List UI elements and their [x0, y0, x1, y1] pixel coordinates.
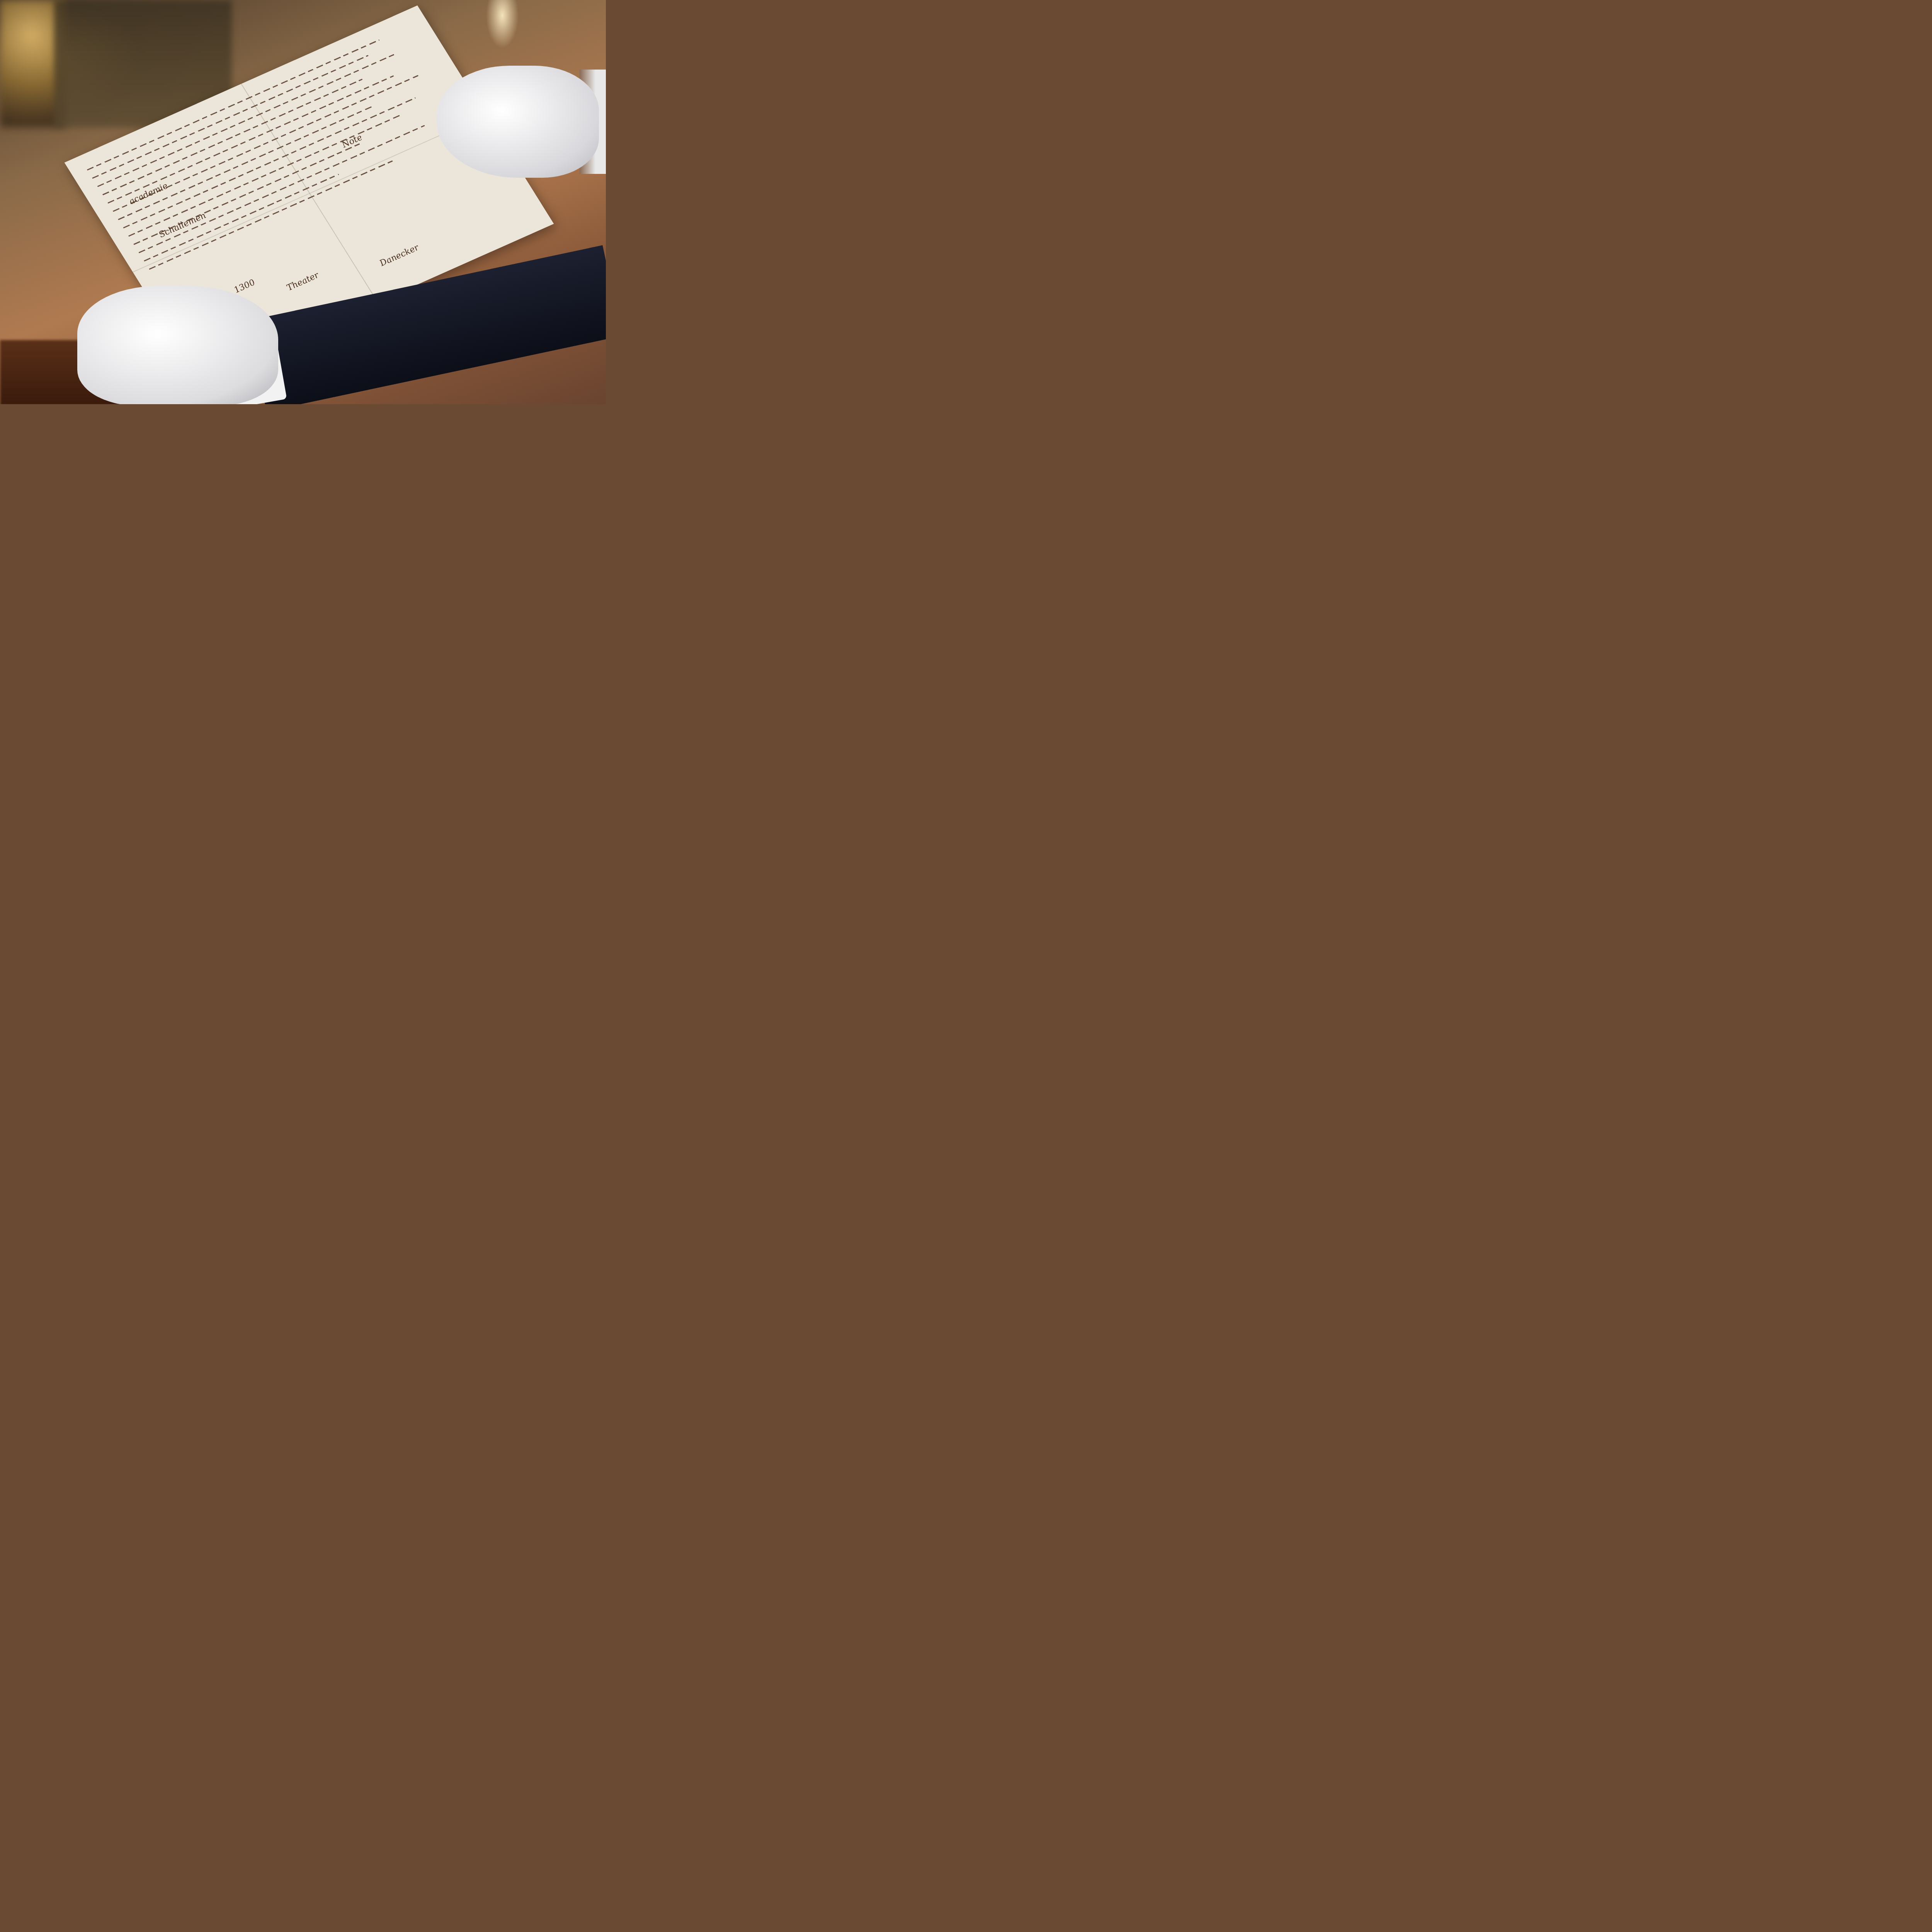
right-white-glove — [437, 66, 599, 178]
photo-scene: academie Schallemen 1300 Theater Danecke… — [0, 0, 606, 404]
left-white-glove — [77, 286, 278, 404]
